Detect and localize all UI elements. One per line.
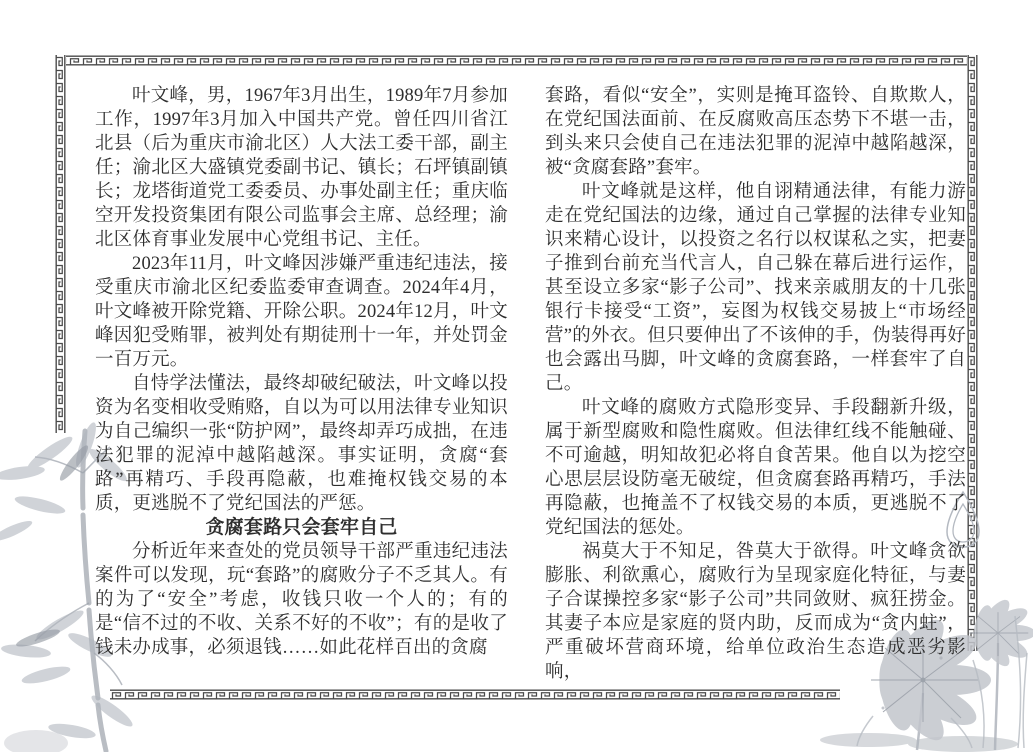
right-column: 套路，看似“安全”，实则是掩耳盗铃、自欺欺人，在党纪国法面前、在反腐败高压态势下…	[545, 84, 966, 684]
paragraph-self-taught-law: 自恃学法懂法，最终却破纪破法，叶文峰以投资为名变相收受贿赂，自以为可以用法律专业…	[95, 372, 508, 516]
paragraph-analysis-continued: 套路，看似“安全”，实则是掩耳盗铃、自欺欺人，在党纪国法面前、在反腐败高压态势下…	[545, 84, 966, 180]
paragraph-investigation: 2023年11月，叶文峰因涉嫌严重违纪违法，接受重庆市渝北区纪委监委审查调查。2…	[95, 252, 508, 372]
paragraph-bio: 叶文峰，男，1967年3月出生，1989年7月参加工作，1997年3月加入中国共…	[95, 84, 508, 252]
left-column: 叶文峰，男，1967年3月出生，1989年7月参加工作，1997年3月加入中国共…	[95, 84, 508, 660]
paragraph-new-type-corruption: 叶文峰的腐败方式隐形变异、手段翻新升级，属于新型腐败和隐性腐败。但法律红线不能触…	[545, 396, 966, 540]
border-top	[55, 55, 978, 66]
paragraph-scheme-details: 叶文峰就是这样，他自诩精通法律，有能力游走在党纪国法的边缘，通过自己掌握的法律专…	[545, 180, 966, 396]
border-right	[967, 55, 978, 651]
paragraph-analysis: 分析近年来查处的党员领导干部严重违纪违法案件可以发现，玩“套路”的腐败分子不乏其…	[95, 540, 508, 660]
section-heading: 贪腐套路只会套牢自己	[95, 516, 508, 540]
border-left	[55, 55, 66, 433]
border-bottom	[110, 689, 840, 700]
paragraph-family-corruption: 祸莫大于不知足，咎莫大于欲得。叶文峰贪欲膨胀、利欲熏心，腐败行为呈现家庭化特征，…	[545, 540, 966, 684]
document-page: 叶文峰，男，1967年3月出生，1989年7月参加工作，1997年3月加入中国共…	[0, 0, 1033, 752]
